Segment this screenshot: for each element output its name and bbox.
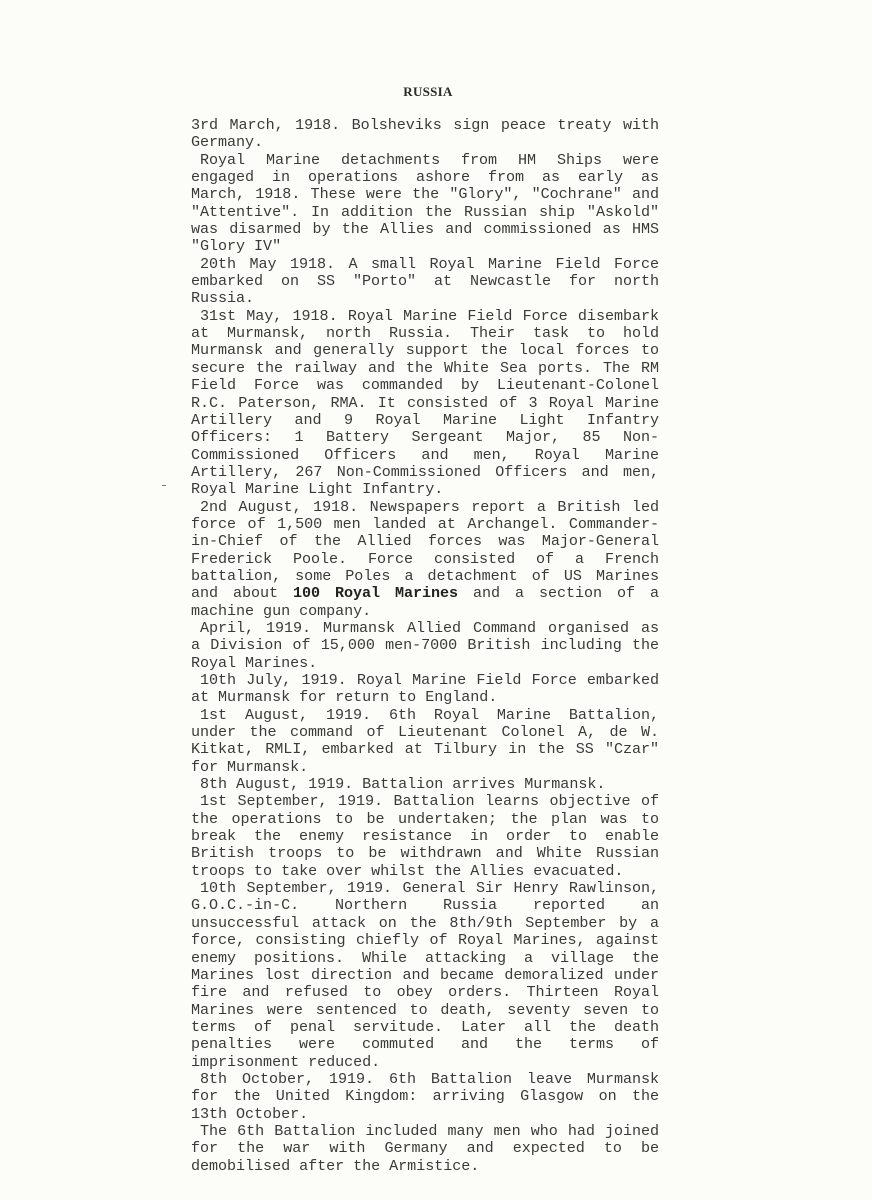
paragraph-detachments: Royal Marine detachments from HM Ships w… — [191, 152, 659, 256]
margin-mark — [162, 485, 166, 486]
paragraph-murmansk-disembark: 31st May, 1918. Royal Marine Field Force… — [191, 308, 659, 499]
paragraph-objective: 1st September, 1919. Battalion learns ob… — [191, 793, 659, 880]
paragraph-battalion-arrives: 8th August, 1919. Battalion arrives Murm… — [191, 776, 659, 793]
paragraph-allied-command: April, 1919. Murmansk Allied Command org… — [191, 620, 659, 672]
paragraph-field-force-embark: 20th May 1918. A small Royal Marine Fiel… — [191, 256, 659, 308]
document-page: RUSSIA 3rd March, 1918. Bolsheviks sign … — [0, 0, 872, 1200]
document-body: 3rd March, 1918. Bolsheviks sign peace t… — [191, 117, 659, 1175]
page-title: RUSSIA — [0, 84, 856, 100]
paragraph-archangel: 2nd August, 1918. Newspapers report a Br… — [191, 499, 659, 620]
paragraph-rawlinson-report: 10th September, 1919. General Sir Henry … — [191, 880, 659, 1071]
paragraph-demobilised: The 6th Battalion included many men who … — [191, 1123, 659, 1175]
paragraph-return-england: 10th July, 1919. Royal Marine Field Forc… — [191, 672, 659, 707]
paragraph-leave-murmansk: 8th October, 1919. 6th Battalion leave M… — [191, 1071, 659, 1123]
paragraph-treaty: 3rd March, 1918. Bolsheviks sign peace t… — [191, 117, 659, 152]
paragraph-6th-battalion-embark: 1st August, 1919. 6th Royal Marine Batta… — [191, 707, 659, 776]
paragraph-archangel-emphasis: 100 Royal Marines — [293, 584, 458, 602]
